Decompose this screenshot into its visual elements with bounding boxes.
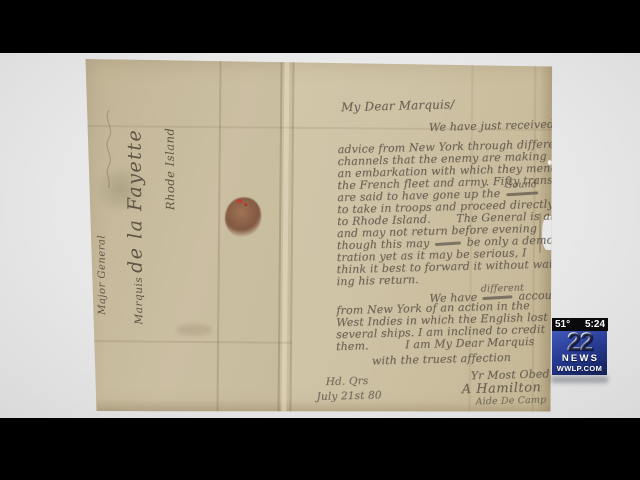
crossed-out-word — [506, 191, 538, 196]
address-line: Marquis — [133, 273, 145, 325]
address-line: Rhode Island — [156, 88, 188, 328]
address-line: de la Fayette — [124, 129, 147, 273]
illegible-scribble-line — [100, 110, 117, 188]
closing-line: Aide De Camp — [475, 395, 546, 408]
crossed-out-word — [435, 241, 461, 246]
bug-shadow — [551, 376, 608, 383]
address-line: Marquis de la Fayette — [116, 88, 158, 328]
wax-seal-fragment — [244, 203, 247, 206]
tv-frame: Major General Marquis de la Fayette Rhod… — [0, 0, 640, 480]
station-number: 22 — [567, 331, 593, 353]
letterbox-bar — [0, 418, 640, 480]
docket-place: Hd. Qrs — [326, 375, 369, 388]
letter-line: ing his return. — [336, 273, 419, 288]
letter-paper: Major General Marquis de la Fayette Rhod… — [82, 59, 553, 415]
station-name: NEWS — [562, 353, 599, 364]
closing-line: with the truest affection — [372, 351, 511, 368]
wax-seal-fragment — [237, 199, 242, 203]
station-url: WWLP.COM — [557, 364, 603, 373]
letterbox-bar — [0, 0, 640, 53]
salutation: My Dear Marquis/ — [341, 97, 455, 114]
docket-date: July 21st 80 — [316, 389, 381, 403]
station-logo: 22 NEWS WWLP.COM — [552, 331, 607, 375]
